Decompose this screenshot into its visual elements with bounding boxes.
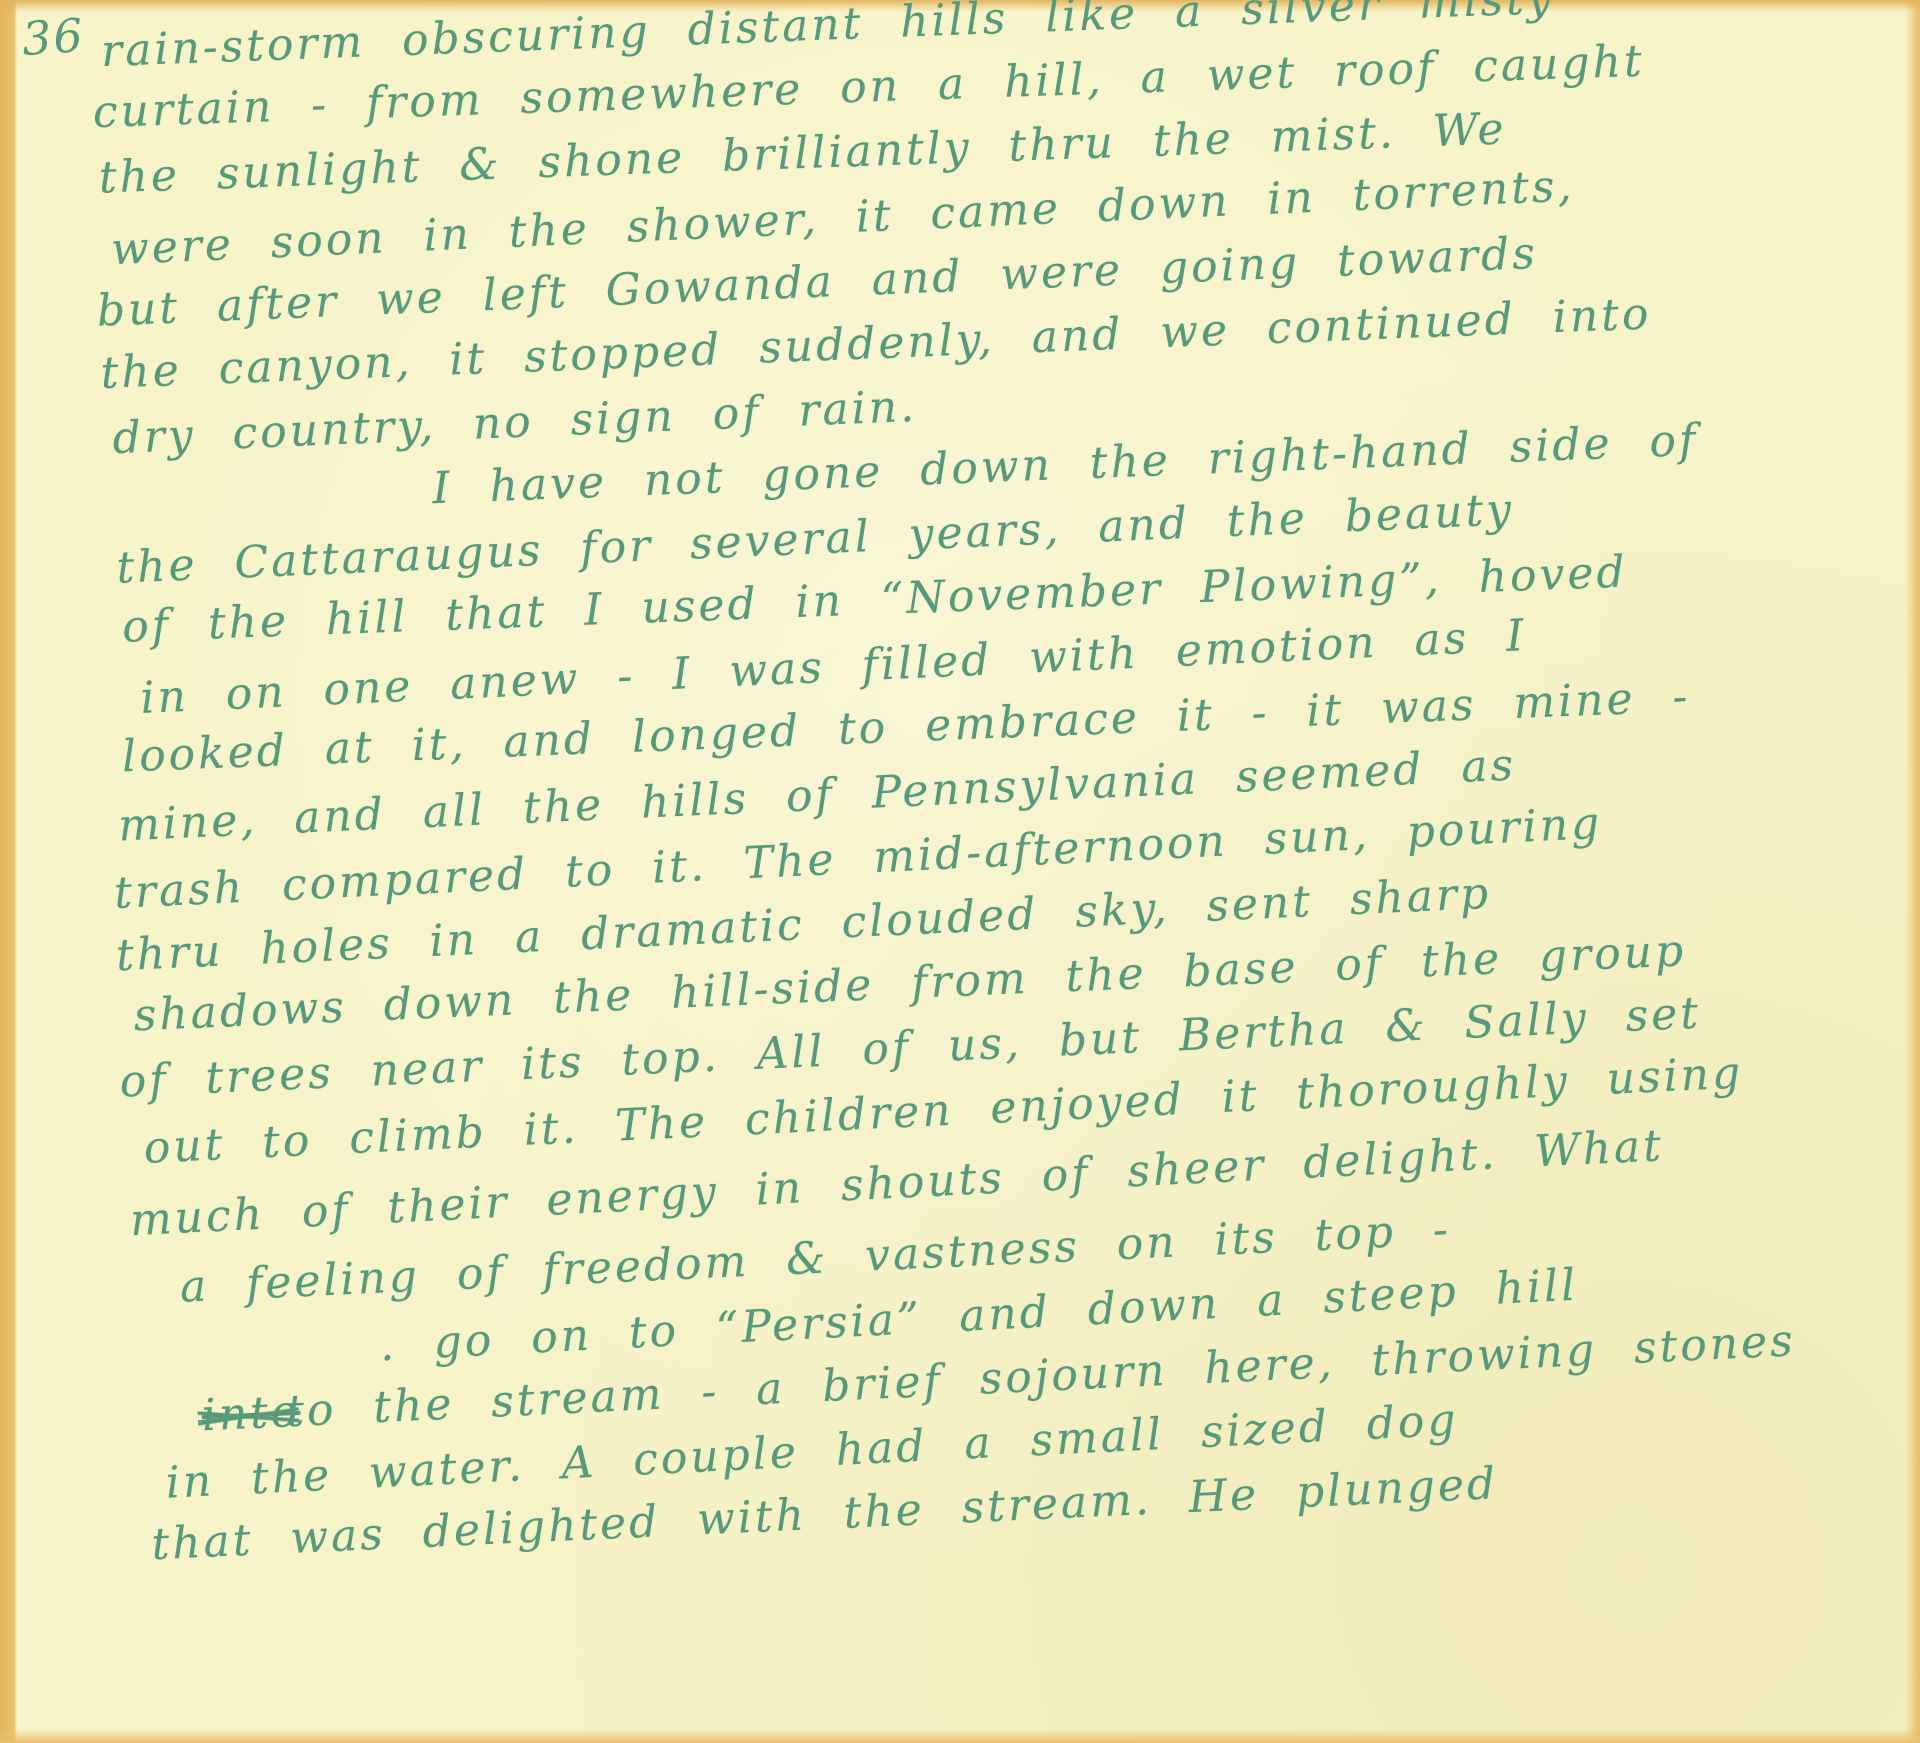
page-number: 36	[20, 8, 86, 66]
struck-word: into	[201, 1386, 302, 1442]
journal-page: 36 rain-storm obscuring distant hills li…	[0, 0, 1920, 1743]
handwriting-block: rain-storm obscuring distant hills like …	[88, 0, 1920, 1563]
